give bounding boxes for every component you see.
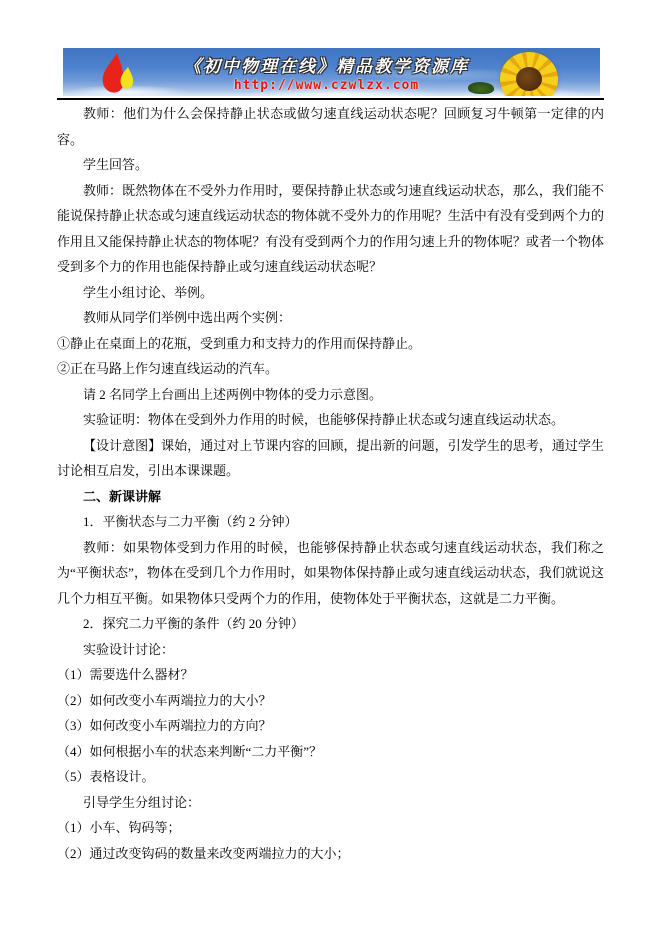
paragraph: （3）如何改变小车两端拉力的方向？: [57, 713, 604, 739]
paragraph: （1）需要选什么器材？: [57, 662, 604, 688]
site-banner: 《初中物理在线》精品教学资源库 http://www.czwlzx.com: [63, 48, 600, 96]
paragraph: 实验证明：物体在受到外力作用的时候，也能够保持静止状态或匀速直线运动状态。: [57, 407, 604, 433]
paragraph: 二、新课讲解: [57, 484, 604, 510]
paragraph: 教师：如果物体受到力作用的时候，也能够保持静止状态或匀速直线运动状态，我们称之为…: [57, 535, 604, 612]
paragraph: 引导学生分组讨论：: [57, 790, 604, 816]
paragraph: 学生小组讨论、举例。: [57, 280, 604, 306]
paragraph: （1）小车、钩码等；: [57, 815, 604, 841]
banner-text-block: 《初中物理在线》精品教学资源库 http://www.czwlzx.com: [173, 48, 480, 96]
paragraph: 1．平衡状态与二力平衡（约 2 分钟）: [57, 509, 604, 535]
paragraph: 请 2 名同学上台画出上述两例中物体的受力示意图。: [57, 382, 604, 408]
paragraph: （4）如何根据小车的状态来判断“二力平衡”？: [57, 739, 604, 765]
banner-title: 《初中物理在线》精品教学资源库: [184, 52, 469, 77]
banner-url-link[interactable]: http://www.czwlzx.com: [234, 78, 419, 93]
paragraph: 【设计意图】课始，通过对上节课内容的回顾，提出新的问题，引发学生的思考，通过学生…: [57, 433, 604, 484]
paragraph: 实验设计讨论：: [57, 637, 604, 663]
foliage-image: [468, 82, 494, 94]
sunflower-image: [500, 52, 558, 96]
paragraph: ②正在马路上作匀速直线运动的汽车。: [57, 356, 604, 382]
paragraph: 2．探究二力平衡的条件（约 20 分钟）: [57, 611, 604, 637]
header-divider-rule: [57, 98, 604, 100]
paragraph: 教师：他们为什么会保持静止状态或做匀速直线运动状态呢？回顾复习牛顿第一定律的内容…: [57, 101, 604, 152]
flame-logo-icon: [97, 53, 141, 95]
paragraph: 学生回答。: [57, 152, 604, 178]
paragraph: （5）表格设计。: [57, 764, 604, 790]
paragraph: （2）如何改变小车两端拉力的大小？: [57, 688, 604, 714]
paragraph: 教师：既然物体在不受外力作用时，要保持静止状态或匀速直线运动状态，那么，我们能不…: [57, 178, 604, 280]
paragraph: ①静止在桌面上的花瓶，受到重力和支持力的作用而保持静止。: [57, 331, 604, 357]
paragraph: 教师从同学们举例中选出两个实例：: [57, 305, 604, 331]
paragraph: （2）通过改变钩码的数量来改变两端拉力的大小；: [57, 841, 604, 867]
document-body: 教师：他们为什么会保持静止状态或做匀速直线运动状态呢？回顾复习牛顿第一定律的内容…: [57, 101, 604, 866]
